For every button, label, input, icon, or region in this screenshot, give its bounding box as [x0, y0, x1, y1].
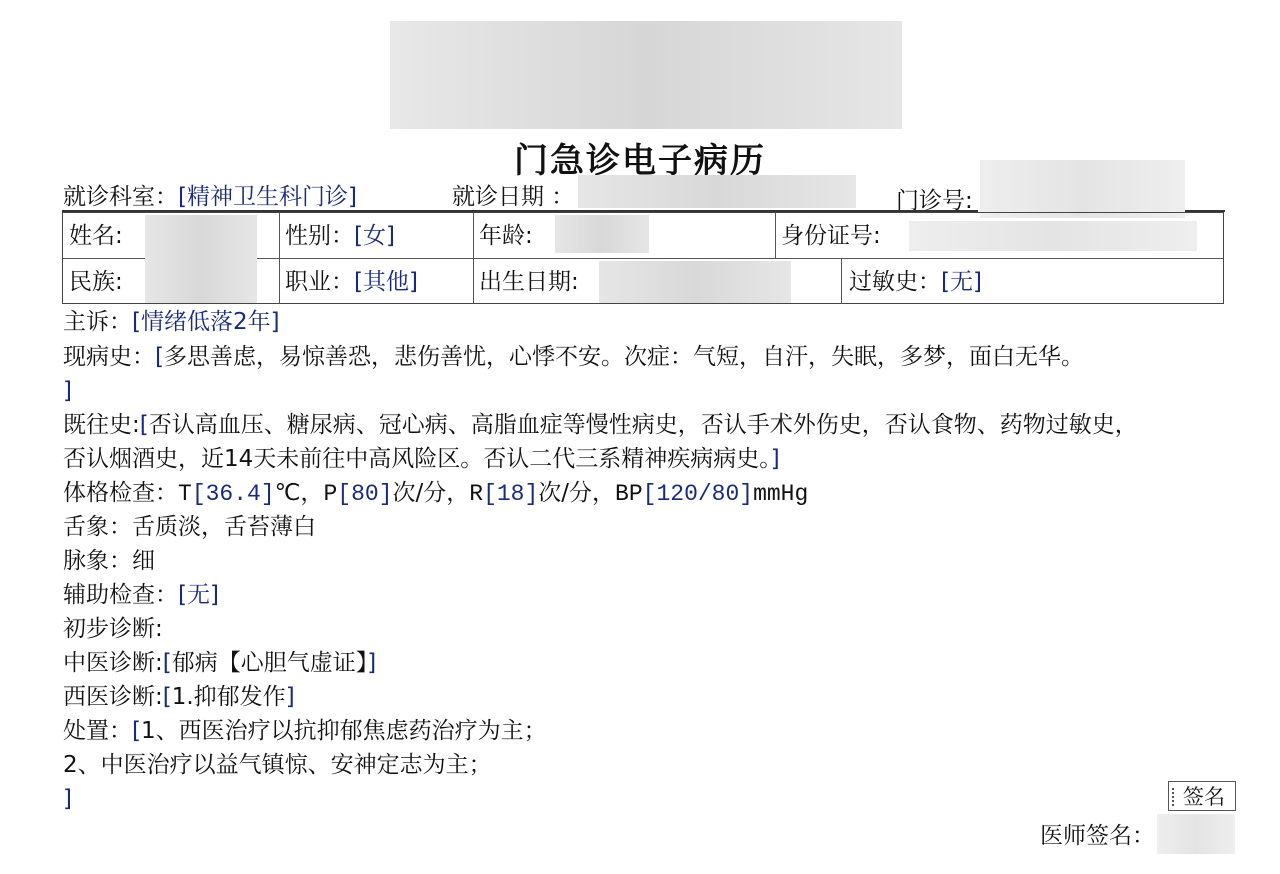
- tcm-diagnosis-value[interactable]: 郁病【心胆气虚证】: [172, 650, 368, 676]
- id-value-redacted: [909, 221, 1197, 251]
- western-diagnosis: 西医诊断:[1.抑郁发作]: [63, 680, 295, 714]
- doctor-signature-label: 医师签名：: [1040, 817, 1155, 850]
- outpatient-no-value-redacted: [980, 160, 1185, 218]
- birth-date-label: 出生日期:: [479, 261, 579, 303]
- past-history-line2: 否认烟酒史，近14天未前往中高风险区。否认二代三系精神疾病病史。]: [63, 442, 780, 476]
- id-label: 身份证号:: [781, 215, 881, 257]
- pulse-observation: 脉象：细: [63, 544, 155, 578]
- age-value-redacted: [555, 215, 649, 253]
- birth-date-redacted: [599, 261, 791, 303]
- table-col-divider: [473, 213, 474, 303]
- department-value[interactable]: [精神卫生科门诊]: [178, 184, 357, 210]
- preliminary-diagnosis-label: 初步诊断:: [63, 612, 163, 646]
- ethnicity-label: 民族:: [69, 261, 123, 303]
- pulse-value: 细: [132, 548, 155, 574]
- past-history: 既往史:[否认高血压、糖尿病、冠心病、高脂血症等慢性病史，否认手术外伤史，否认食…: [63, 408, 1138, 442]
- occupation-value[interactable]: [其他]: [354, 269, 418, 295]
- treatment-line2[interactable]: 2、中医治疗以益气镇惊、安神定志为主；: [63, 748, 492, 782]
- treatment: 处置：[1、西医治疗以抗抑郁焦虑药治疗为主；: [63, 714, 547, 748]
- name-label: 姓名:: [69, 215, 123, 257]
- doctor-signature-redacted: [1157, 814, 1235, 854]
- present-illness: 现病史：[多思善虑，易惊善恐，悲伤善忧，心悸不安。次症：气短，自汗，失眠，多梦，…: [63, 340, 1084, 374]
- western-diagnosis-value[interactable]: 1.抑郁发作: [172, 684, 286, 710]
- pulse-rate-value[interactable]: [80]: [337, 481, 392, 507]
- respiration-value[interactable]: [18]: [483, 481, 538, 507]
- present-illness-close: ]: [63, 374, 72, 408]
- age-label: 年龄:: [479, 215, 533, 257]
- temperature-value[interactable]: [36.4]: [192, 481, 275, 507]
- department-field: 就诊科室：[精神卫生科门诊]: [63, 178, 357, 211]
- tongue-value: 舌质淡，舌苔薄白: [132, 514, 316, 540]
- blood-pressure-value[interactable]: [120/80]: [643, 481, 753, 507]
- treatment-value-line1[interactable]: 1、西医治疗以抗抑郁焦虑药治疗为主；: [141, 718, 547, 744]
- redacted-hospital-banner: [390, 21, 902, 129]
- present-illness-value[interactable]: 多思善虑，易惊善恐，悲伤善忧，心悸不安。次症：气短，自汗，失眠，多梦，面白无华。: [164, 344, 1084, 370]
- name-ethnicity-redacted: [145, 215, 257, 303]
- chief-complaint: 主诉：[情绪低落2年]: [63, 305, 280, 339]
- sign-button[interactable]: 签名: [1168, 781, 1236, 811]
- auxiliary-exam-value[interactable]: [无]: [178, 582, 219, 608]
- physical-exam: 体格检查：T[36.4]℃，P[80]次/分，R[18]次/分，BP[120/8…: [63, 476, 808, 511]
- past-history-value-line2[interactable]: 否认烟酒史，近14天未前往中高风险区。否认二代三系精神疾病病史。: [63, 446, 771, 472]
- tongue-observation: 舌象：舌质淡，舌苔薄白: [63, 510, 316, 544]
- tcm-diagnosis: 中医诊断:[郁病【心胆气虚证】]: [63, 646, 376, 680]
- table-col-divider: [775, 213, 776, 258]
- table-col-divider: [841, 258, 842, 304]
- patient-info-table: 姓名: 性别：[女] 年龄: 身份证号: 民族: 职业：[其他] 出生日期: 过…: [62, 212, 1224, 304]
- past-history-value-line1[interactable]: 否认高血压、糖尿病、冠心病、高脂血症等慢性病史，否认手术外伤史，否认食物、药物过…: [149, 412, 1138, 438]
- allergy-value[interactable]: [无]: [941, 269, 982, 295]
- occupation-field: 职业：[其他]: [285, 261, 418, 303]
- gender-value[interactable]: [女]: [354, 223, 395, 249]
- allergy-field: 过敏史：[无]: [849, 261, 982, 303]
- table-col-divider: [279, 213, 280, 303]
- auxiliary-exam: 辅助检查：[无]: [63, 578, 219, 612]
- chief-complaint-value[interactable]: [情绪低落2年]: [132, 309, 280, 335]
- department-label: 就诊科室：: [63, 184, 178, 210]
- treatment-close: ]: [63, 782, 72, 816]
- visit-date-value-redacted: [578, 175, 856, 208]
- gender-field: 性别：[女]: [285, 215, 395, 257]
- visit-date-label: 就诊日期 ：: [452, 178, 574, 211]
